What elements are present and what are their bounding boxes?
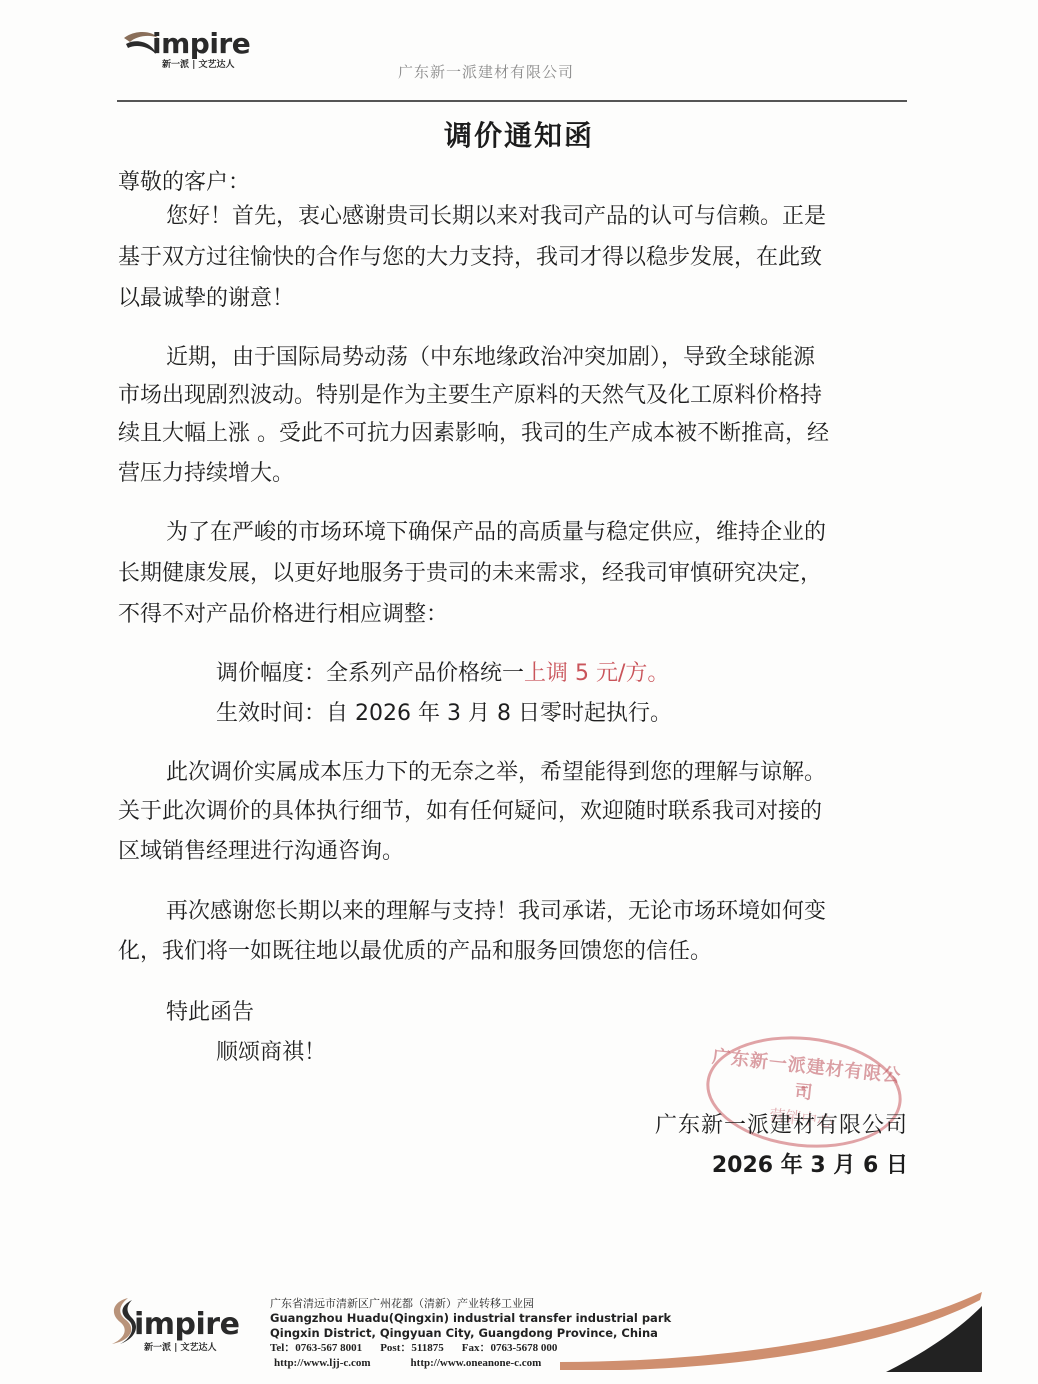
logo-word: impire: [152, 30, 250, 58]
adjustment-range: 调价幅度：全系列产品价格统一上调 5 元/方。: [216, 653, 669, 694]
paragraph-4-line-3: 区域销售经理进行沟通咨询。: [118, 831, 404, 872]
paragraph-2-line-4: 营压力持续增大。: [118, 453, 294, 494]
header-company-name: 广东新一派建材有限公司: [398, 61, 574, 82]
paragraph-2-line-1: 近期，由于国际局势动荡（中东地缘政治冲突加剧），导致全球能源: [166, 337, 815, 378]
footer-web-link-2[interactable]: http://www.oneanone-c.com: [411, 1357, 542, 1369]
paragraph-3-line-1: 为了在严峻的市场环境下确保产品的高质量与稳定供应，维持企业的: [166, 512, 826, 553]
footer-address-cn: 广东省清远市清新区广州花都（清新）产业转移工业园: [270, 1296, 671, 1311]
logo-word: impire: [134, 1310, 239, 1340]
header-divider: [117, 100, 907, 102]
footer-phone-line: Tel：0763-567 8001Post：511875Fax：0763-567…: [270, 1341, 671, 1356]
paragraph-2-line-3: 续且大幅上涨 。受此不可抗力因素影响，我司的生产成本被不断推高，经: [118, 413, 829, 454]
paragraph-3-line-3: 不得不对产品价格进行相应调整：: [118, 594, 448, 635]
footer-web-link-1[interactable]: http://www.ljj-c.com: [274, 1357, 371, 1369]
adjustment-range-label: 调价幅度：: [216, 661, 326, 686]
footer-contact-info: 广东省清远市清新区广州花都（清新）产业转移工业园 Guangzhou Huadu…: [270, 1296, 671, 1371]
footer-tel: Tel：0763-567 8001: [270, 1342, 362, 1354]
paragraph-4-line-2: 关于此次调价的具体执行细节，如有任何疑问，欢迎随时联系我司对接的: [118, 791, 822, 832]
footer-post: Post：511875: [380, 1342, 444, 1354]
logo-tagline: 新一派 | 文艺达人: [144, 1344, 217, 1353]
signature-date: 2026 年 3 月 6 日: [712, 1148, 908, 1179]
logo-tagline: 新一派 | 文艺达人: [162, 61, 235, 70]
header-logo: impire 新一派 | 文艺达人: [122, 28, 272, 72]
footer-address-en-2: Qingxin District, Qingyuan City, Guangdo…: [270, 1326, 671, 1341]
closing: 特此函告: [166, 992, 254, 1033]
paragraph-2-line-2: 市场出现剧烈波动。特别是作为主要生产原料的天然气及化工原料价格持: [118, 375, 822, 416]
paragraph-4-line-1: 此次调价实属成本压力下的无奈之举，希望能得到您的理解与谅解。: [166, 752, 826, 793]
footer-web-line: http://www.ljj-c.comhttp://www.oneanone-…: [270, 1356, 671, 1371]
regards: 顺颂商祺！: [216, 1032, 326, 1073]
adjustment-range-highlight: 上调 5 元/方。: [524, 661, 669, 686]
adjustment-range-text: 全系列产品价格统一: [326, 661, 524, 686]
effective-time-label: 生效时间：: [216, 701, 326, 726]
paragraph-5-line-2: 化，我们将一如既往地以最优质的产品和服务回馈您的信任。: [118, 931, 712, 972]
footer-address-en-1: Guangzhou Huadu(Qingxin) industrial tran…: [270, 1311, 671, 1326]
footer-logo: impire 新一派 | 文艺达人: [106, 1296, 256, 1358]
signature-company: 广东新一派建材有限公司: [655, 1108, 908, 1139]
paragraph-5-line-1: 再次感谢您长期以来的理解与支持！我司承诺，无论市场环境如何变: [166, 891, 826, 932]
effective-time-text: 自 2026 年 3 月 8 日零时起执行。: [326, 701, 672, 726]
paragraph-1-line-3: 以最诚挚的谢意！: [118, 278, 294, 319]
footer-fax: Fax：0763-5678 000: [462, 1342, 558, 1354]
paragraph-3-line-2: 长期健康发展，以更好地服务于贵司的未来需求，经我司审慎研究决定，: [118, 553, 822, 594]
effective-time: 生效时间：自 2026 年 3 月 8 日零时起执行。: [216, 693, 672, 734]
document-title: 调价通知函: [0, 114, 1038, 154]
paragraph-1-line-1: 您好！首先，衷心感谢贵司长期以来对我司产品的认可与信赖。正是: [166, 196, 826, 237]
paragraph-1-line-2: 基于双方过往愉快的合作与您的大力支持，我司才得以稳步发展，在此致: [118, 237, 822, 278]
